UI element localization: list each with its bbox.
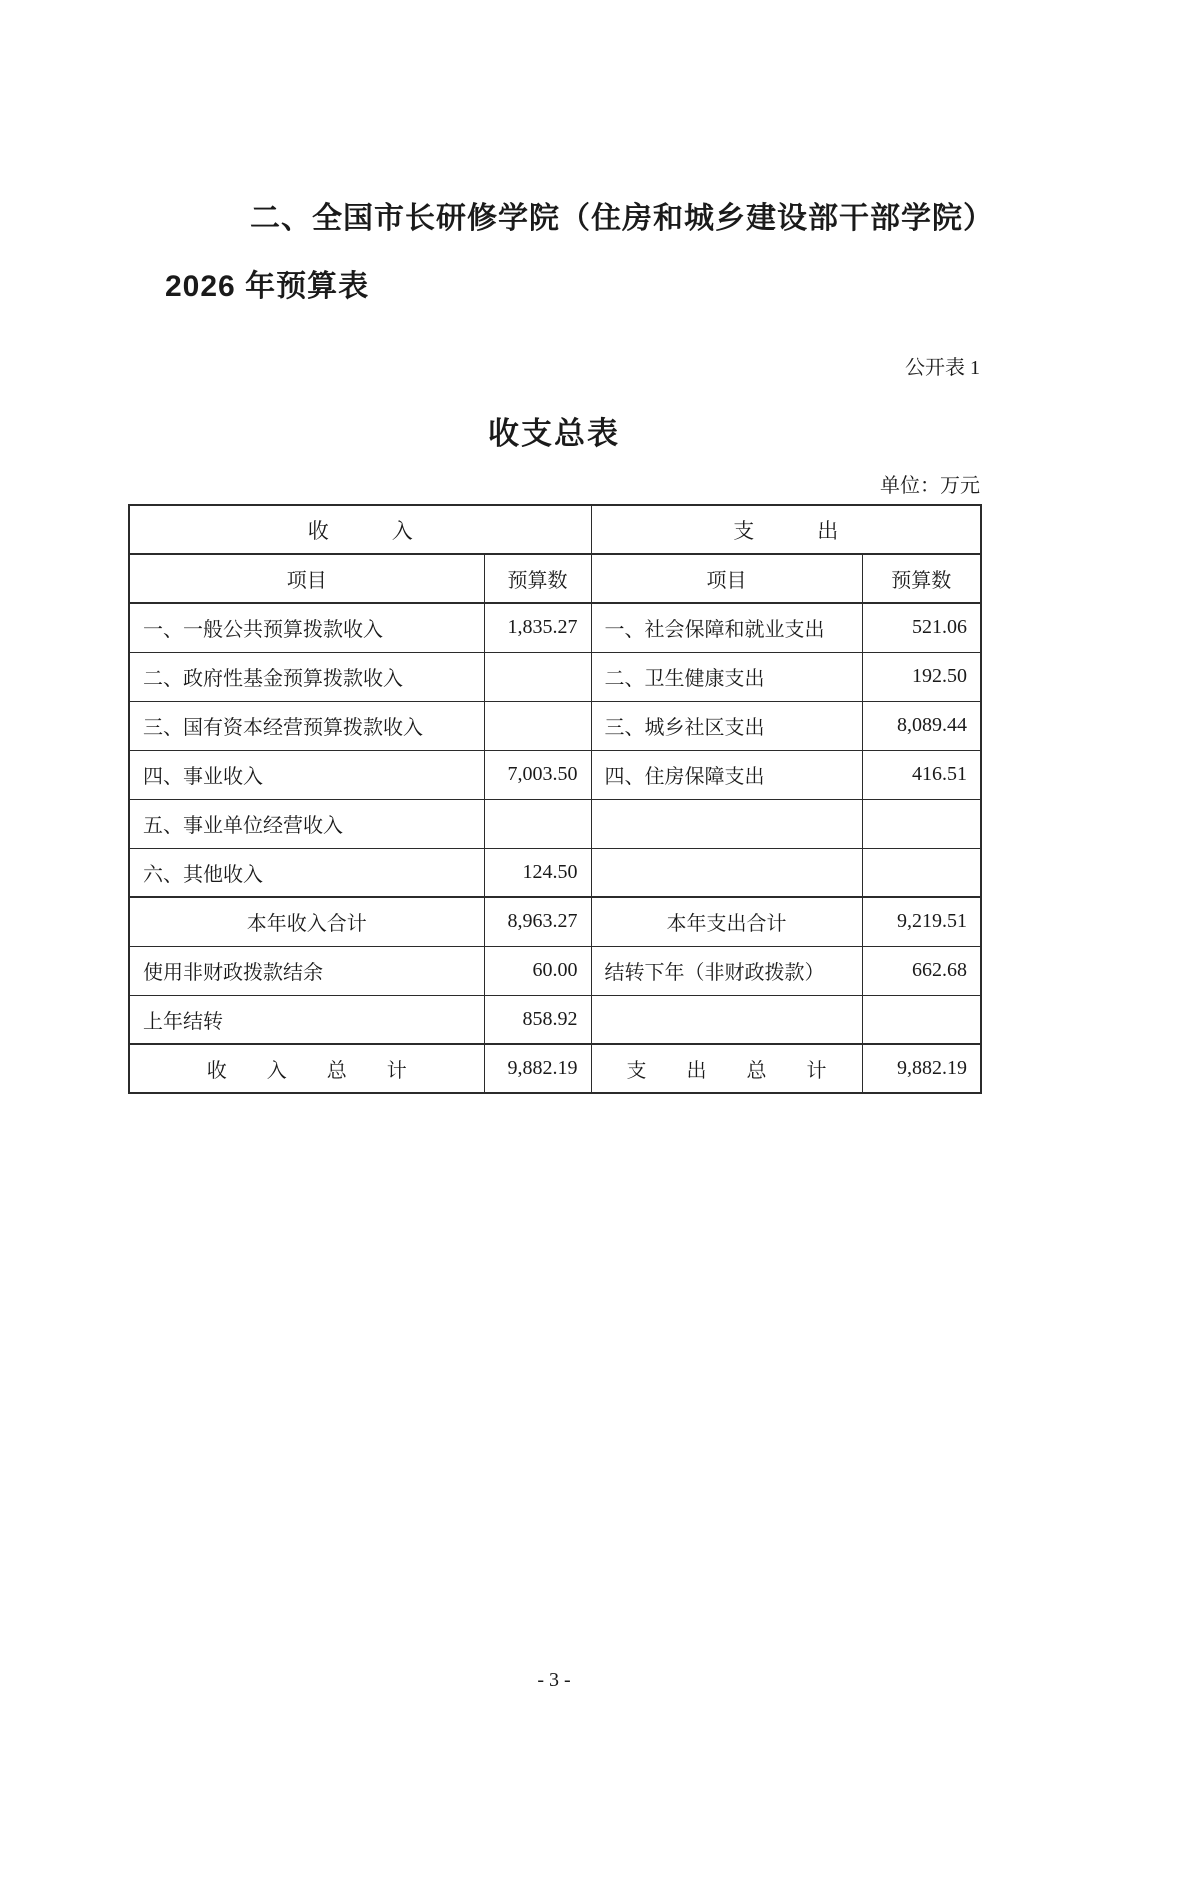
expense-item-cell <box>591 848 862 897</box>
income-item-cell: 收 入 总 计 <box>129 1044 484 1093</box>
expense-section-header: 支 出 <box>591 505 981 554</box>
income-value-cell <box>484 701 591 750</box>
table-row: 上年结转 858.92 <box>129 995 981 1044</box>
table-row: 六、其他收入 124.50 <box>129 848 981 897</box>
expense-value-cell: 8,089.44 <box>862 701 981 750</box>
income-value-cell <box>484 652 591 701</box>
expense-value-cell <box>862 995 981 1044</box>
income-budget-column-header: 预算数 <box>484 554 591 603</box>
income-section-header: 收 入 <box>129 505 591 554</box>
income-value-cell: 124.50 <box>484 848 591 897</box>
table-row: 四、事业收入 7,003.50 四、住房保障支出 416.51 <box>129 750 981 799</box>
column-header-row: 项目 预算数 项目 预算数 <box>129 554 981 603</box>
expense-item-cell: 二、卫生健康支出 <box>591 652 862 701</box>
income-value-cell <box>484 799 591 848</box>
expense-value-cell: 521.06 <box>862 603 981 652</box>
expense-value-cell <box>862 848 981 897</box>
section-header-row: 收 入 支 出 <box>129 505 981 554</box>
expense-item-cell: 一、社会保障和就业支出 <box>591 603 862 652</box>
expense-item-column-header: 项目 <box>591 554 862 603</box>
income-value-cell: 1,835.27 <box>484 603 591 652</box>
budget-summary-table: 收 入 支 出 项目 预算数 项目 预算数 一、一般公共预算拨款收入 1,835… <box>128 504 982 1094</box>
table-row: 使用非财政拨款结余 60.00 结转下年（非财政拨款） 662.68 <box>129 946 981 995</box>
income-item-cell: 四、事业收入 <box>129 750 484 799</box>
income-item-cell: 上年结转 <box>129 995 484 1044</box>
income-item-cell: 三、国有资本经营预算拨款收入 <box>129 701 484 750</box>
expense-value-cell: 662.68 <box>862 946 981 995</box>
expense-value-cell: 192.50 <box>862 652 981 701</box>
income-item-cell: 六、其他收入 <box>129 848 484 897</box>
table-row: 二、政府性基金预算拨款收入 二、卫生健康支出 192.50 <box>129 652 981 701</box>
income-value-cell: 858.92 <box>484 995 591 1044</box>
table-row: 一、一般公共预算拨款收入 1,835.27 一、社会保障和就业支出 521.06 <box>129 603 981 652</box>
expense-item-cell: 结转下年（非财政拨款） <box>591 946 862 995</box>
expense-value-cell: 416.51 <box>862 750 981 799</box>
document-title-line-1: 二、全国市长研修学院（住房和城乡建设部干部学院） <box>250 193 980 237</box>
expense-value-cell: 9,219.51 <box>862 897 981 946</box>
expense-item-cell: 四、住房保障支出 <box>591 750 862 799</box>
document-title-line-2: 2026 年预算表 <box>165 261 980 305</box>
public-table-label: 公开表 1 <box>128 351 980 380</box>
unit-note: 单位：万元 <box>128 469 980 498</box>
income-item-cell: 本年收入合计 <box>129 897 484 946</box>
table-row: 五、事业单位经营收入 <box>129 799 981 848</box>
expense-item-cell: 支 出 总 计 <box>591 1044 862 1093</box>
total-row: 收 入 总 计 9,882.19 支 出 总 计 9,882.19 <box>129 1044 981 1093</box>
expense-value-cell <box>862 799 981 848</box>
income-item-cell: 五、事业单位经营收入 <box>129 799 484 848</box>
subtotal-row: 本年收入合计 8,963.27 本年支出合计 9,219.51 <box>129 897 981 946</box>
expense-budget-column-header: 预算数 <box>862 554 981 603</box>
income-value-cell: 7,003.50 <box>484 750 591 799</box>
income-item-cell: 使用非财政拨款结余 <box>129 946 484 995</box>
table-title: 收支总表 <box>128 408 980 453</box>
income-value-cell: 9,882.19 <box>484 1044 591 1093</box>
income-value-cell: 60.00 <box>484 946 591 995</box>
income-item-cell: 一、一般公共预算拨款收入 <box>129 603 484 652</box>
expense-item-cell <box>591 995 862 1044</box>
expense-item-cell: 三、城乡社区支出 <box>591 701 862 750</box>
income-item-cell: 二、政府性基金预算拨款收入 <box>129 652 484 701</box>
page-number: - 3 - <box>128 1669 980 1692</box>
expense-value-cell: 9,882.19 <box>862 1044 981 1093</box>
income-item-column-header: 项目 <box>129 554 484 603</box>
document-page: 二、全国市长研修学院（住房和城乡建设部干部学院） 2026 年预算表 公开表 1… <box>0 193 1191 1094</box>
expense-item-cell: 本年支出合计 <box>591 897 862 946</box>
expense-item-cell <box>591 799 862 848</box>
table-row: 三、国有资本经营预算拨款收入 三、城乡社区支出 8,089.44 <box>129 701 981 750</box>
income-value-cell: 8,963.27 <box>484 897 591 946</box>
